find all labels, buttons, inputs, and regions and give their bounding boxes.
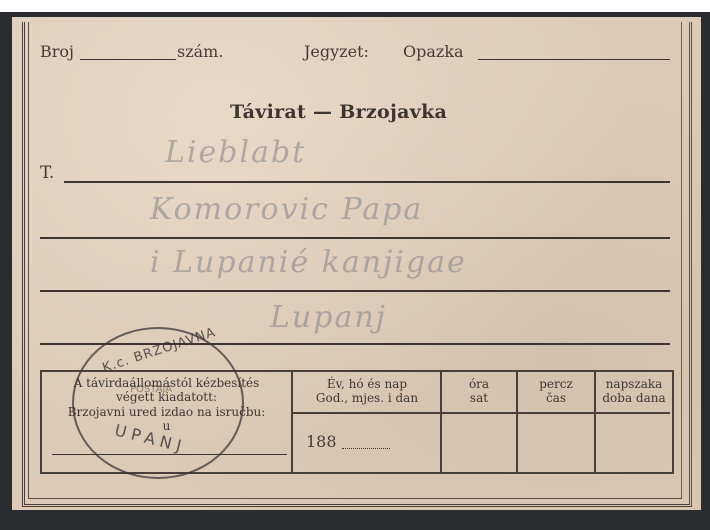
handwritten-line-3: i Lupanié kanjigae bbox=[150, 245, 467, 280]
stamp-bottom-text: UPANJ bbox=[113, 420, 188, 456]
address-line-1[interactable] bbox=[64, 181, 670, 183]
year-field-line[interactable] bbox=[342, 448, 390, 449]
minute-header-hr: čas bbox=[518, 391, 594, 405]
addressee-prefix: T. bbox=[40, 163, 54, 183]
date-header-hu: Év, hó és nap bbox=[294, 377, 440, 391]
address-line-3[interactable] bbox=[40, 290, 670, 292]
stamp-middle-text: POSTAJA bbox=[130, 384, 172, 395]
number-label: Broj bbox=[40, 42, 74, 61]
note-label-hr: Opazka bbox=[403, 42, 464, 61]
form-title: Távirat — Brzojavka bbox=[230, 101, 447, 123]
handwritten-line-2: Komorovic Papa bbox=[150, 192, 423, 227]
minute-header-hu: percz bbox=[518, 377, 594, 391]
top-margin bbox=[0, 0, 710, 12]
hour-cell[interactable] bbox=[442, 414, 516, 470]
daytime-header-hr: doba dana bbox=[596, 391, 672, 405]
number-label-hu: szám. bbox=[177, 42, 223, 61]
date-header-hr: God., mjes. i dan bbox=[294, 391, 440, 405]
handwritten-line-4: Lupanj bbox=[270, 300, 387, 335]
hour-header-hr: sat bbox=[442, 391, 516, 405]
postmark-stamp: K.c. BRZOJAVNA POSTAJA UPANJ bbox=[72, 327, 244, 479]
daytime-cell[interactable] bbox=[596, 414, 672, 470]
year-prefix: 188 bbox=[306, 432, 337, 451]
note-label-hu: Jegyzet: bbox=[304, 42, 369, 61]
handwritten-line-1: Lieblabt bbox=[165, 135, 306, 170]
address-line-2[interactable] bbox=[40, 237, 670, 239]
number-field-line[interactable] bbox=[80, 59, 176, 60]
daytime-header-hu: napszaka bbox=[596, 377, 672, 391]
minute-cell[interactable] bbox=[518, 414, 594, 470]
column-divider bbox=[291, 372, 293, 472]
hour-header-hu: óra bbox=[442, 377, 516, 391]
note-field-line[interactable] bbox=[478, 59, 670, 60]
